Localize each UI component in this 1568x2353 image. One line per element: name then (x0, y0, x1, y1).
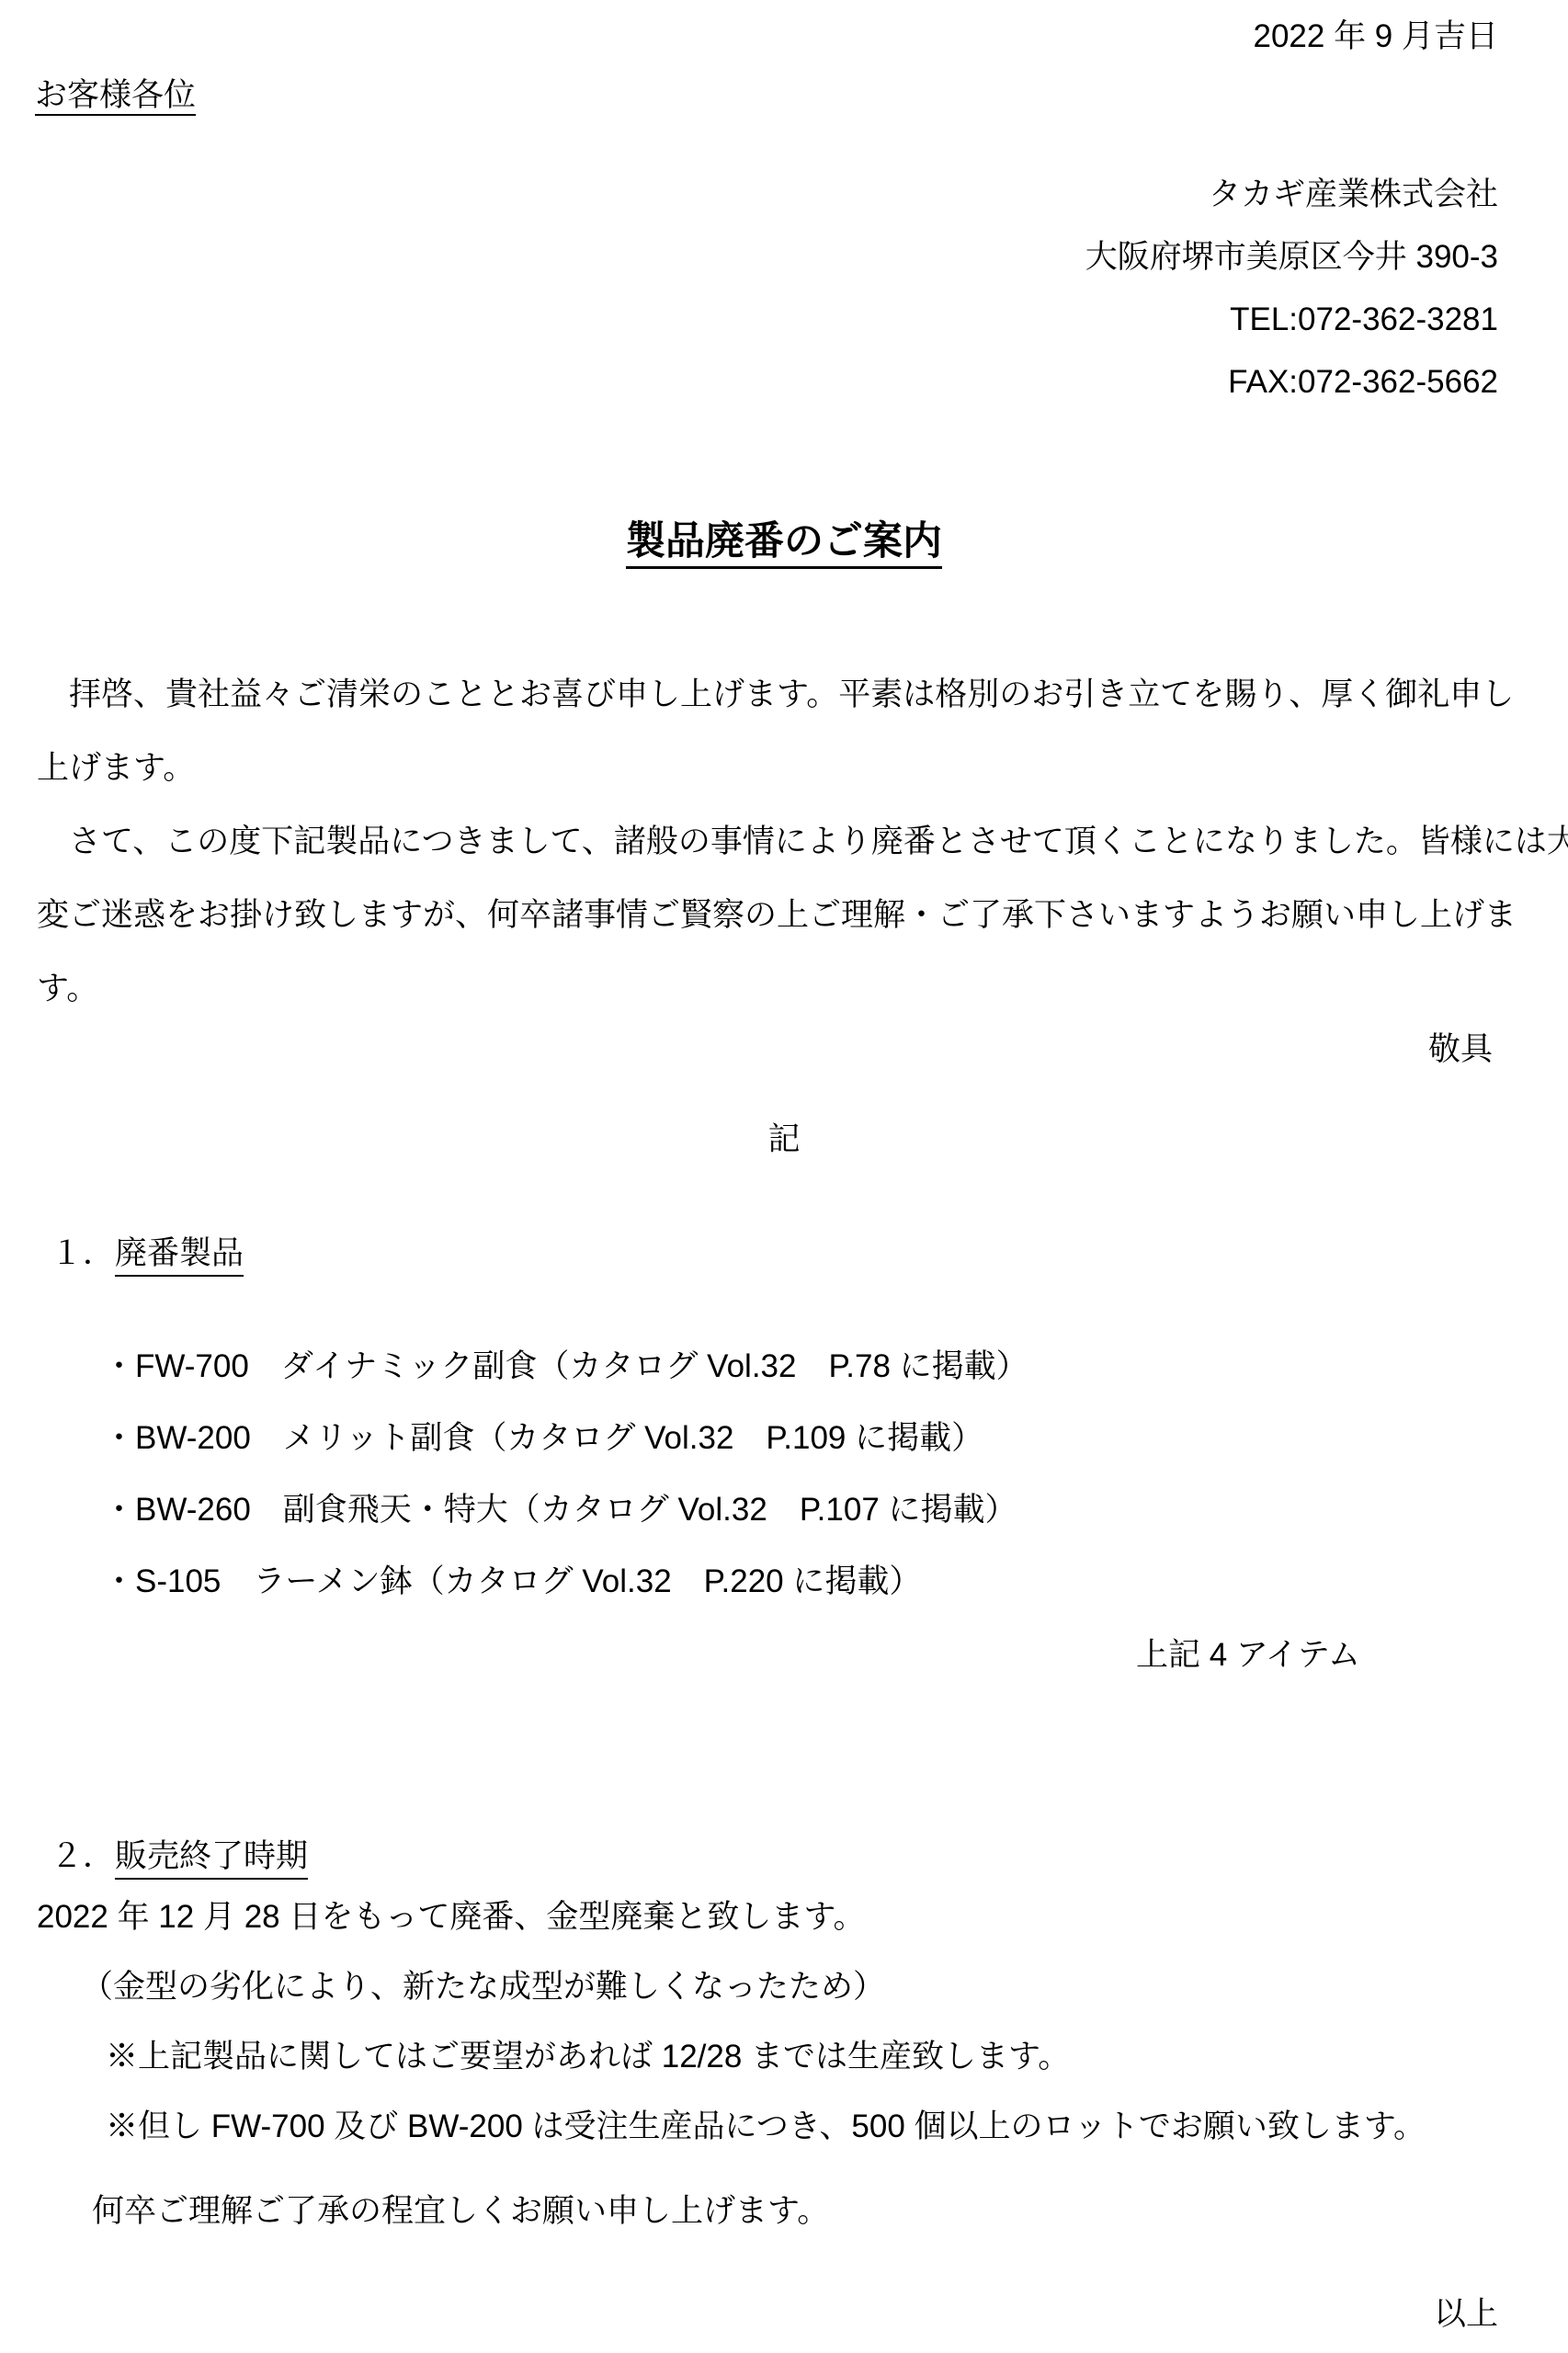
letter-date: 2022 年 9 月吉日 (0, 0, 1568, 59)
greeting-line: 上げます。 (0, 732, 1568, 805)
section2-heading: ２．販売終了時期 (0, 1831, 1568, 1882)
note-line: ※上記製品に関してはご要望があれば 12/28 までは生産致します。 (0, 2022, 1568, 2092)
section1-number: １． (51, 1235, 115, 1271)
page-title: 製品廃番のご案内 (626, 519, 942, 563)
product-item: ・FW-700 ダイナミック副食（カタログ Vol.32 P.78 に掲載） (0, 1331, 1568, 1403)
sender-address: 大阪府堺市美原区今井 390-3 (0, 226, 1498, 289)
greeting-paragraph: 拝啓、貴社益々ご清栄のこととお喜び申し上げます。平素は格別のお引き立てを賜り、厚… (0, 658, 1568, 805)
greeting-line: 拝啓、貴社益々ご清栄のこととお喜び申し上げます。平素は格別のお引き立てを賜り、厚… (0, 658, 1568, 732)
product-item: ・S-105 ラーメン鉢（カタログ Vol.32 P.220 に掲載） (0, 1546, 1568, 1618)
body-line: 変ご迷惑をお掛け致しますが、何卒諸事情ご賢察の上ご理解・ご了承下さいますようお願… (0, 879, 1568, 952)
addressee: お客様各位 (35, 77, 196, 113)
section2-body: 2022 年 12 月 28 日をもって廃番、金型廃棄と致します。 （金型の劣化… (0, 1882, 1568, 2162)
addressee-row: お客様各位 (35, 72, 1568, 119)
section1-heading: １．廃番製品 (0, 1228, 1568, 1279)
item-count: 上記 4 アイテム (0, 1620, 1568, 1691)
section2-number: ２． (51, 1838, 115, 1874)
sender-company: タカギ産業株式会社 (0, 164, 1498, 226)
section2-title: 販売終了時期 (115, 1838, 308, 1874)
product-list: ・FW-700 ダイナミック副食（カタログ Vol.32 P.78 に掲載） ・… (0, 1331, 1568, 1618)
sender-block: タカギ産業株式会社 大阪府堺市美原区今井 390-3 TEL:072-362-3… (0, 164, 1568, 414)
letter-page: 2022 年 9 月吉日 お客様各位 タカギ産業株式会社 大阪府堺市美原区今井 … (0, 0, 1568, 2353)
body-paragraph: さて、この度下記製品につきまして、諸般の事情により廃番とさせて頂くことになりまし… (0, 805, 1568, 1026)
title-row: 製品廃番のご案内 (0, 513, 1568, 573)
section1-title: 廃番製品 (115, 1235, 244, 1271)
product-item: ・BW-200 メリット副食（カタログ Vol.32 P.109 に掲載） (0, 1403, 1568, 1474)
note-line: ※但し FW-700 及び BW-200 は受注生産品につき、500 個以上のロ… (0, 2092, 1568, 2162)
sender-tel: TEL:072-362-3281 (0, 289, 1498, 351)
product-item: ・BW-260 副食飛天・特大（カタログ Vol.32 P.107 に掲載） (0, 1474, 1568, 1546)
end-marker: 以上 (0, 2279, 1568, 2349)
reason-line: （金型の劣化により、新たな成型が難しくなったため） (0, 1952, 1568, 2022)
closing-keigu: 敬具 (0, 1013, 1568, 1086)
sender-fax: FAX:072-362-5662 (0, 351, 1498, 414)
body-line: さて、この度下記製品につきまして、諸般の事情により廃番とさせて頂くことになりまし… (0, 805, 1568, 879)
closing-request: 何卒ご理解ご了承の程宜しくお願い申し上げます。 (0, 2177, 1568, 2246)
discontinue-date-line: 2022 年 12 月 28 日をもって廃番、金型廃棄と致します。 (0, 1882, 1568, 1952)
ki-marker: 記 (0, 1103, 1568, 1176)
